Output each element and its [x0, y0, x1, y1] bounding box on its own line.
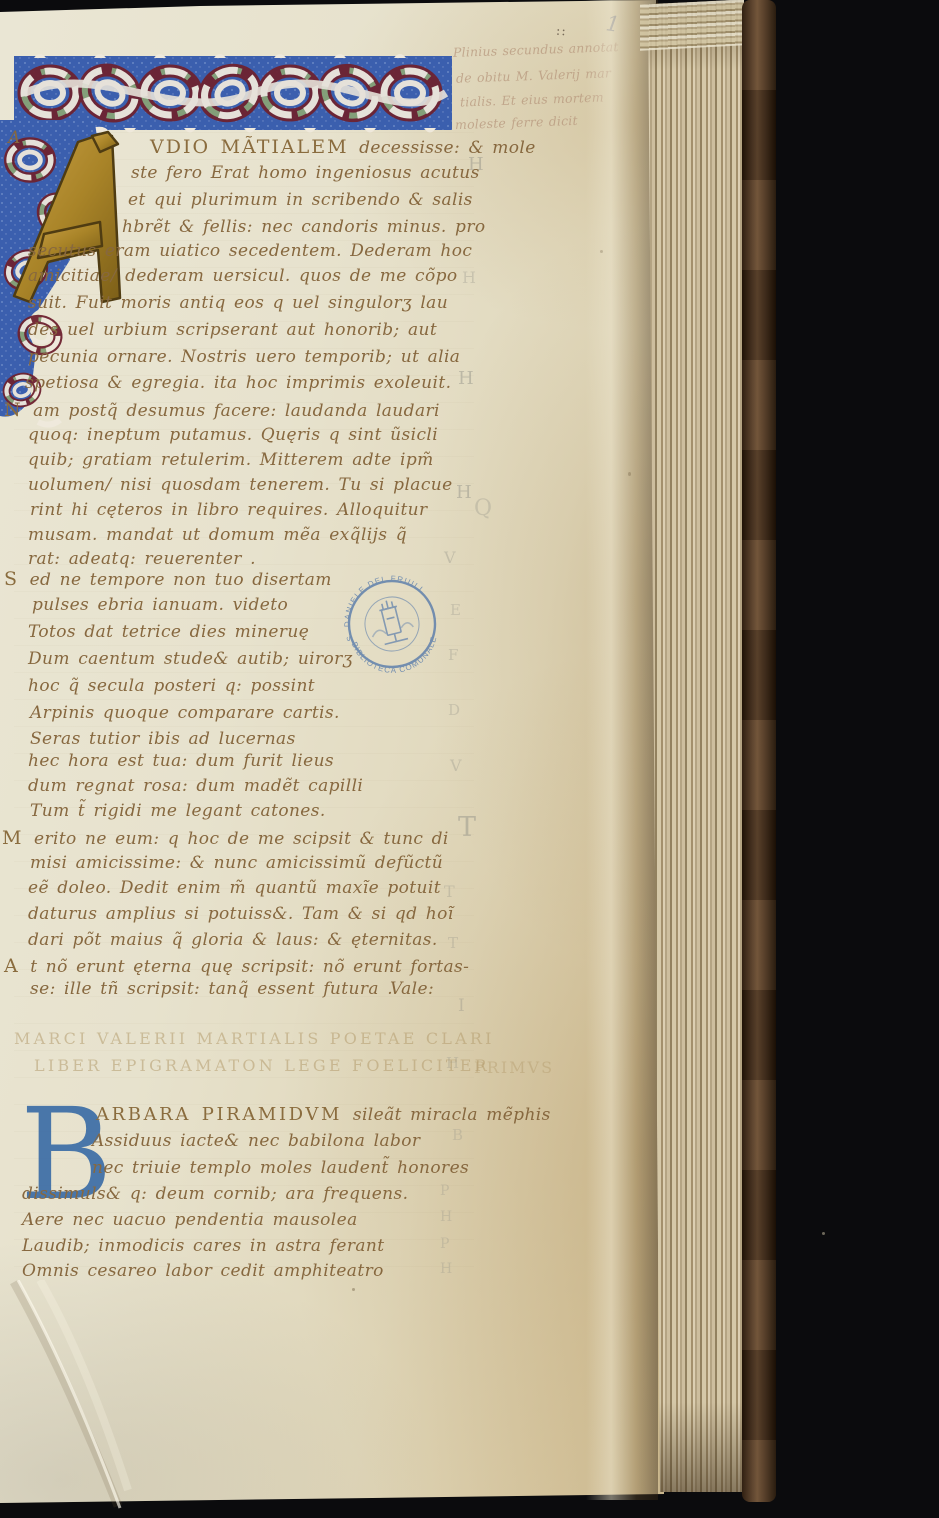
text-line: ste fero Erat homo ingeniosus acutus — [131, 165, 480, 182]
ghost-letter: P — [440, 1237, 450, 1251]
ink-marks: :: — [555, 24, 567, 40]
speck — [822, 1232, 825, 1235]
ghost-letter: V — [444, 550, 456, 566]
ghost-letter: V — [450, 758, 462, 774]
text-line: et qui plurimum in scribendo & salis — [128, 192, 473, 209]
epigram-line: ARBARA PIRAMIDVM sileãt miracla mẽphis — [96, 1106, 551, 1124]
text-line: quib; gratiam retulerim. Mitterem adte i… — [28, 452, 434, 469]
page-curl-shadow — [586, 0, 658, 1500]
library-stamp: S. DANIELE DEL FRIULI BIBLIOTECA COMUNAL… — [330, 574, 454, 674]
text-line: Vale: — [390, 981, 434, 998]
text-line: suit. Fuit moris antiq eos q uel singulo… — [28, 295, 448, 312]
text-line: A t nõ erunt ęterna quę scripsit: nõ eru… — [4, 957, 469, 976]
ghost-letter: T — [458, 814, 476, 841]
text-line: hbrẽt & fellis: nec candoris minus. pro — [122, 219, 486, 236]
text-line: N am postq̃ desumus facere: laudanda lau… — [4, 401, 440, 420]
epigram-line: nec triuie templo moles laudent̃ honores — [92, 1160, 469, 1177]
text-line: dum regnat rosa: dum madẽt capilli — [28, 778, 363, 795]
ghost-letter: P — [440, 1184, 450, 1198]
text-line: eẽ doleo. Dedit enim m̃ quantũ maxĩe pot… — [28, 880, 441, 897]
ghost-letter: T — [444, 884, 455, 900]
ghost-letter: H — [458, 370, 474, 388]
epigram-line: Assiduus iacte& nec babilona labor — [92, 1133, 420, 1150]
text-line: pecunia ornare. Nostris uero temporib; u… — [28, 349, 460, 366]
text-line: S ed ne tempore non tuo disertam — [4, 570, 332, 589]
leather-binding — [742, 0, 776, 1502]
text-line: daturus amplius si potuiss&. Tam & si qd… — [28, 906, 454, 923]
ghost-letter: H — [446, 1056, 459, 1071]
ghost-letter: H — [440, 1210, 453, 1224]
text-line: Tum t̃ rigidi me legant catones. — [30, 803, 326, 820]
manuscript-photo: A VDIO MÃTIALEM decessisse: & moleste fe… — [0, 0, 939, 1518]
ghost-letter: D — [448, 703, 460, 718]
text-line: uolumen/ nisi quosdam tenerem. Tu si pla… — [28, 477, 453, 494]
text-line: se: ille tñ scripsit: tanq̃ essent futur… — [30, 981, 393, 998]
ghost-letter: H — [456, 484, 472, 502]
text-line: pulses ebria ianuam. videto — [32, 597, 288, 614]
speck — [352, 1288, 355, 1291]
rubric-margin-word: PRIMVS — [474, 1058, 554, 1077]
ghost-letter: Q — [474, 498, 492, 520]
text-line: Arpinis quoque comparare cartis. — [30, 705, 340, 722]
text-line: Dum caentum stude& autib; uirorʒ — [28, 651, 353, 668]
text-line: secutus eram uiatico secedentem. Dederam… — [28, 243, 472, 260]
ghost-letter: H — [468, 156, 484, 174]
text-line: rat: adeatq: reuerenter . — [28, 551, 256, 568]
epigram-line: Laudib; inmodicis cares in astra ferant — [22, 1238, 384, 1255]
ghost-letter: B — [452, 1128, 463, 1143]
text-line: des uel urbium scripserant aut honorib; … — [28, 322, 437, 339]
text-line: dari põt maius q̃ gloria & laus: & ętern… — [28, 932, 438, 949]
vellum-crease — [0, 1280, 220, 1518]
text-line: hoc q̃ secula posteri q: possint — [28, 678, 315, 695]
text-line: quoq: ineptum putamus. Quęris q sint ũsi… — [28, 427, 438, 444]
text-line: Seras tutior ibis ad lucernas — [30, 731, 296, 748]
fore-edge-top-steps — [640, 0, 744, 51]
text-line: Totos dat tetrice dies mineruę — [28, 624, 309, 641]
stamp-text-bottom: BIBLIOTECA COMUNALE — [349, 621, 445, 674]
fore-edge-pages — [648, 0, 744, 1492]
text-line: amicitiae/ dederam uersicul. quos de me … — [28, 268, 458, 285]
ghost-letter: T — [448, 936, 458, 951]
rubric-line-2: LIBER EPIGRAMATON LEGE FOELICITER — [34, 1056, 490, 1075]
rubric-line-1: MARCI VALERII MARTIALIS POETAE CLARI — [14, 1029, 495, 1048]
text-line: hec hora est tua: dum furit lieus — [28, 753, 334, 770]
svg-text:BIBLIOTECA COMUNALE: BIBLIOTECA COMUNALE — [349, 621, 445, 674]
text-line: M erito ne eum: q hoc de me scipsit & tu… — [2, 829, 449, 848]
ghost-letter: H — [440, 1262, 453, 1276]
text-line: rint hi cęteros in libro requires. Alloq… — [30, 502, 428, 519]
ghost-letter: H — [462, 270, 476, 286]
epigram-line: Omnis cesareo labor cedit amphiteatro — [22, 1263, 384, 1280]
epigram-line: Aere nec uacuo pendentia mausolea — [22, 1212, 358, 1229]
epigram-line: dissimuls& q: deum cornib; ara frequens. — [22, 1186, 408, 1203]
ghost-letter: I — [458, 998, 465, 1015]
text-line: spetiosa & egregia. ita hoc imprimis exo… — [25, 375, 451, 392]
text-line: misi amicissime: & nunc amicissimũ defũc… — [30, 855, 443, 872]
text-line: musam. mandat ut domum mẽa exq̃lijs q̃ — [28, 527, 407, 544]
